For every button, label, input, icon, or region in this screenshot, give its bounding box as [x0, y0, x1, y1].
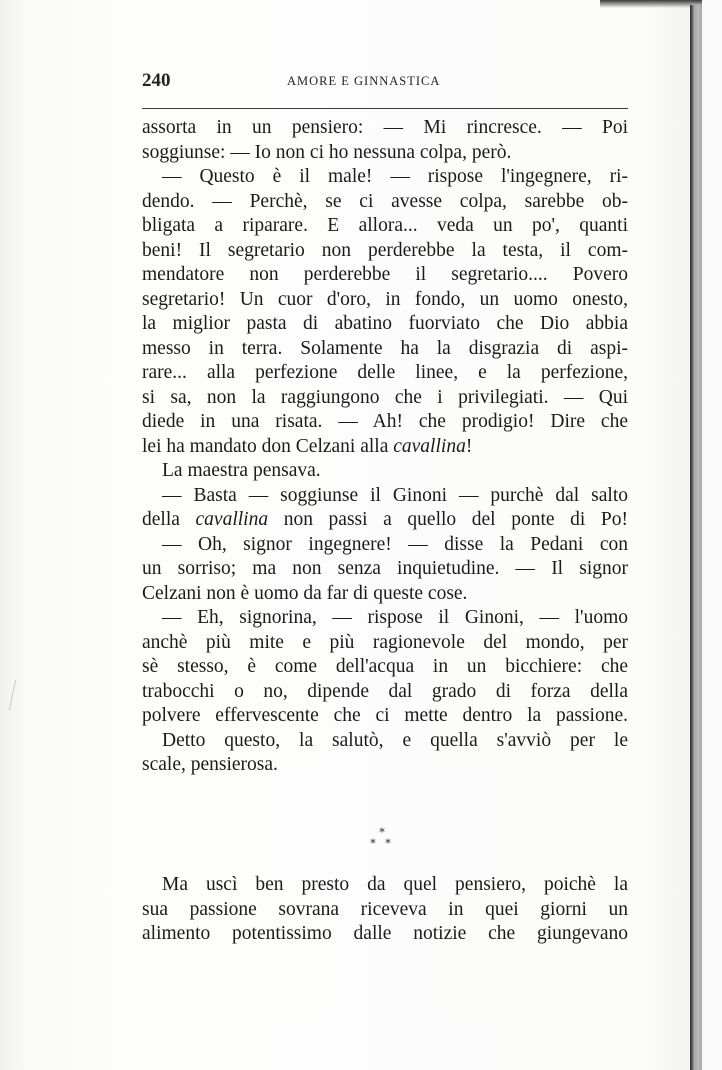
text-line: un sorriso; ma non senza inquietudine. —…: [142, 557, 628, 582]
text-line: — Questo è il male! — rispose l'ingegner…: [142, 165, 628, 190]
running-title: AMORE E GINNASTICA: [287, 74, 440, 89]
text-line: Detto questo, la salutò, e quella s'avvi…: [142, 729, 628, 754]
text-line: trabocchi o no, dipende dal grado di for…: [142, 680, 628, 705]
page-header: 240 AMORE E GINNASTICA: [142, 70, 628, 94]
text-line: sè stesso, è come dell'acqua in un bicch…: [142, 655, 628, 680]
text-line: Ma uscì ben presto da quel pensiero, poi…: [142, 873, 628, 898]
text-line: la miglior pasta di abatino fuorviato ch…: [142, 312, 628, 337]
text-line: sua passione sovrana riceveva in quei gi…: [142, 898, 628, 923]
body-text-continued: Ma uscì ben presto da quel pensiero, poi…: [142, 873, 628, 947]
text-line: — Eh, signorina, — rispose il Ginoni, — …: [142, 606, 628, 631]
page-number: 240: [142, 70, 171, 92]
text-line: polvere effervescente che ci mette dentr…: [142, 704, 628, 729]
text-line: si sa, non la raggiungono che i privileg…: [142, 386, 628, 411]
text-line: soggiunse: — Io non ci ho nessuna colpa,…: [142, 141, 628, 166]
text-line: beni! Il segretario non perderebbe la te…: [142, 239, 628, 264]
text-line: diede in una risata. — Ah! che prodigio!…: [142, 410, 628, 435]
text-line: lei ha mandato don Celzani alla cavallin…: [142, 435, 628, 460]
section-break-asterism: * * *: [362, 827, 402, 857]
text-line: rare... alla perfezione delle linee, e l…: [142, 361, 628, 386]
asterism-bottom: * *: [362, 838, 402, 849]
text-line: assorta in un pensiero: — Mi rincresce. …: [142, 116, 628, 141]
book-binding-edge: [690, 5, 702, 1070]
text-line: alimento potentissimo dalle notizie che …: [142, 922, 628, 947]
body-text: assorta in un pensiero: — Mi rincresce. …: [142, 116, 628, 778]
italic-term: cavallina: [393, 436, 466, 457]
text-line: anchè più mite e più ragionevole del mon…: [142, 631, 628, 656]
text-line: dendo. — Perchè, se ci avesse colpa, sar…: [142, 190, 628, 215]
scan-outer-margin: [702, 0, 722, 1070]
text-line: segretario! Un cuor d'oro, in fondo, un …: [142, 288, 628, 313]
italic-term: cavallina: [196, 509, 269, 530]
text-line: della cavallina non passi a quello del p…: [142, 508, 628, 533]
text-line: Celzani non è uomo da far di queste cose…: [142, 582, 628, 607]
text-line: messo in terra. Solamente ha la disgrazi…: [142, 337, 628, 362]
text-line: — Oh, signor ingegnere! — disse la Pedan…: [142, 533, 628, 558]
text-line: La maestra pensava.: [142, 459, 628, 484]
text-line: scale, pensierosa.: [142, 753, 628, 778]
text-line: — Basta — soggiunse il Ginoni — purchè d…: [142, 484, 628, 509]
text-line: mendatore non perderebbe il segretario..…: [142, 263, 628, 288]
text-line: bligata a riparare. E allora... veda un …: [142, 214, 628, 239]
header-rule: [142, 108, 628, 109]
